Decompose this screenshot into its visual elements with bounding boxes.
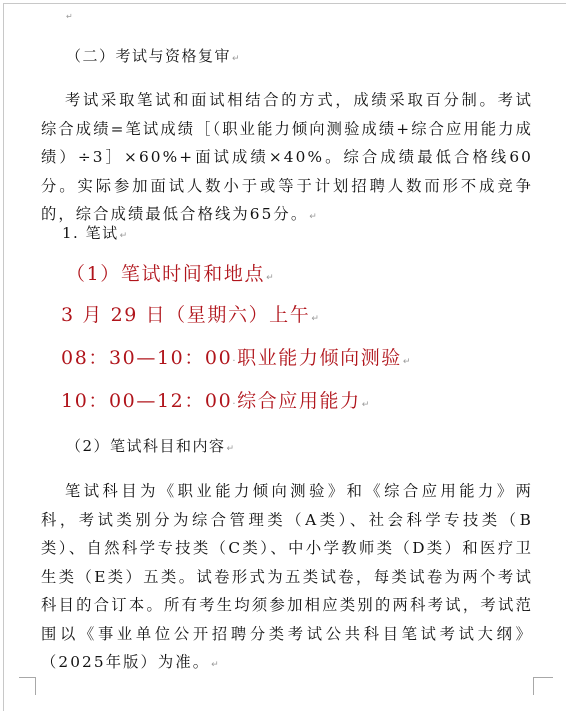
corner-mark-left-h [19,677,36,678]
schedule-item: 10：00—12：00·综合应用能力↵ [61,388,553,418]
schedule-time: 08：30—10：00 [61,347,232,369]
paragraph-mark: ↵ [227,444,236,454]
schedule-subject: 职业能力倾向测验 [237,347,402,369]
corner-mark-right-v [533,677,534,695]
schedule-time: 10：00—12：00 [61,390,232,412]
document-page: ↵ （二）考试与资格复审↵ 考试采取笔试和面试相结合的方式，成绩采取百分制。考试… [3,3,566,711]
paragraph-scoring: 考试采取笔试和面试相结合的方式，成绩采取百分制。考试综合成绩=笔试成绩［（职业能… [41,86,533,232]
subheading-written-exam: 1. 笔试↵ [62,223,554,246]
paragraph-mark: ↵ [309,212,319,222]
subheading-subjects: （2）笔试科目和内容↵ [66,436,558,459]
schedule-subject: 综合应用能力 [237,390,361,412]
paragraph-mark: ↵ [362,400,371,410]
schedule-item: 08：30—10：00·职业能力倾向测验↵ [61,345,553,375]
paragraph-subjects: 笔试科目为《职业能力倾向测验》和《综合应用能力》两科，考试类别分为综合管理类（A… [41,477,533,680]
paragraph-mark: ↵ [232,54,241,64]
paragraph-mark: ↵ [403,357,412,367]
paragraph-mark: ↵ [266,273,275,283]
paragraph-mark: ↵ [120,231,129,241]
red-heading-time-place: （1）笔试时间和地点↵ [66,261,558,291]
paragraph-mark: ↵ [211,660,221,670]
section-heading: （二）考试与资格复审↵ [66,46,558,69]
exam-date: 3 月 29 日（星期六）上午↵ [61,302,553,332]
corner-mark-right-h [533,677,553,678]
paragraph-mark-top: ↵ [66,12,73,21]
corner-mark-left-v [35,677,36,695]
paragraph-mark: ↵ [311,314,320,324]
